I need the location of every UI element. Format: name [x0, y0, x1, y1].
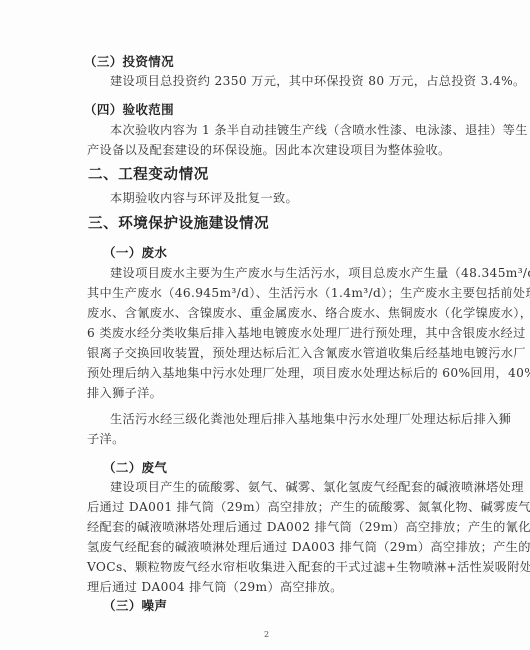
exhaust-gas-text-line: VOCs、颗粒物废气经水帘柜收集进入配套的干式过滤+生物喷淋+活性炭吸附处 — [87, 559, 530, 575]
acceptance-scope-text-line: 产设备以及配套建设的环保设施。因此本次建设项目为整体验收。 — [87, 142, 451, 158]
acceptance-scope-heading: （四）验收范围 — [84, 102, 174, 118]
wastewater-text-line: 排入狮子洋。 — [87, 385, 162, 401]
investment-heading: （三）投资情况 — [84, 54, 174, 70]
wastewater-heading: （一）废水 — [103, 245, 167, 261]
wastewater-text-line: 银离子交换回收装置，预处理达标后汇入含氰废水管道收集后经基地电镀污水厂 — [87, 345, 526, 361]
wastewater-text-line: 建设项目废水主要为生产废水与生活污水，项目总废水产生量（48.345m³/d）， — [110, 265, 530, 281]
document-page: （三）投资情况 建设项目总投资约 2350 万元，其中环保投资 80 万元，占总… — [0, 0, 530, 650]
exhaust-gas-text-line: 建设项目产生的硫酸雾、氨气、碱雾、氯化氢废气经配套的碱液喷淋塔处理 — [110, 479, 524, 495]
exhaust-gas-text-line: 氢废气经配套的碱液喷淋处理后通过 DA003 排气筒（29m）高空排放；产生的 — [87, 539, 530, 555]
wastewater-text-line: 废水、含氰废水、含镍废水、重金属废水、络合废水、焦铜废水（化学镍废水）， — [87, 305, 530, 321]
acceptance-scope-text-line: 本次验收内容为 1 条半自动挂镀生产线（含喷水性漆、电泳漆、退挂）等生 — [110, 122, 528, 138]
noise-heading: （三）噪声 — [103, 598, 167, 614]
exhaust-gas-text-line: 后通过 DA001 排气筒（29m）高空排放；产生的硫酸雾、氮氧化物、碱雾废气 — [87, 499, 530, 515]
wastewater-text-line: 其中生产废水（46.945m³/d）、生活污水（1.4m³/d）；生产废水主要包… — [87, 285, 530, 301]
wastewater-text-line: 预处理后纳入基地集中污水处理厂处理，项目废水处理达标后的 60%回用，40% — [87, 365, 530, 381]
domestic-sewage-text-line: 子洋。 — [87, 431, 125, 447]
wastewater-text-line: 6 类废水经分类收集后排入基地电镀废水处理厂进行预处理，其中含银废水经过 — [87, 325, 526, 341]
exhaust-gas-text-line: 经配套的碱液喷淋塔处理后通过 DA002 排气筒（29m）高空排放；产生的氰化 — [87, 519, 530, 535]
env-facilities-heading: 三、环境保护设施建设情况 — [88, 216, 269, 232]
engineering-changes-heading: 二、工程变动情况 — [88, 167, 209, 183]
exhaust-gas-text-line: 理后通过 DA004 排气筒（29m）高空排放。 — [87, 579, 343, 595]
page-number: 2 — [264, 630, 269, 639]
domestic-sewage-text-line: 生活污水经三级化粪池处理后排入基地集中污水处理厂处理达标后排入狮 — [110, 411, 511, 427]
investment-text-line: 建设项目总投资约 2350 万元，其中环保投资 80 万元，占总投资 3.4%。 — [110, 73, 526, 89]
engineering-changes-text-line: 本期验收内容与环评及批复一致。 — [110, 190, 298, 206]
exhaust-gas-heading: （二）废气 — [103, 460, 167, 476]
